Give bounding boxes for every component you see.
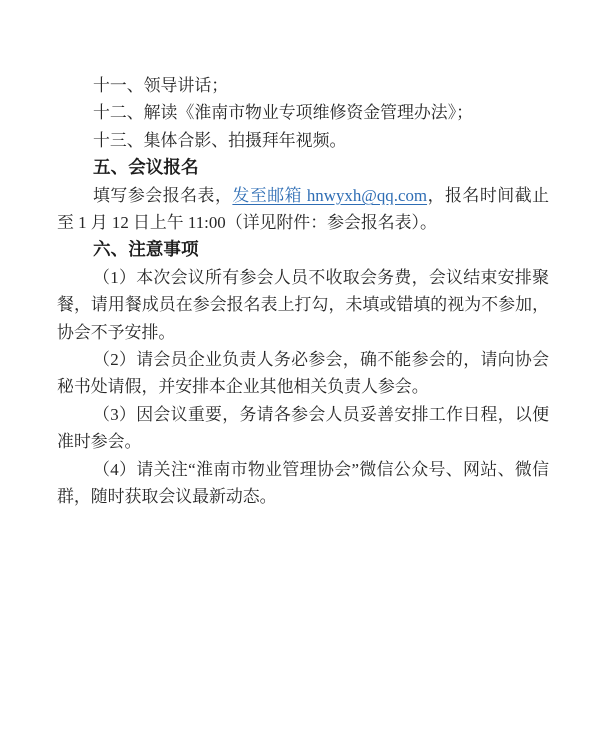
note-item: （2）请会员企业负责人务必参会，确不能参会的，请向协会秘书处请假，并安排本企业其… [57, 346, 549, 401]
agenda-item: 十三、集体合影、拍摄拜年视频。 [57, 127, 549, 154]
document-content: 十一、领导讲话； 十二、解读《淮南市物业专项维修资金管理办法》； 十三、集体合影… [57, 72, 549, 511]
note-item: （3）因会议重要，务请各参会人员妥善安排工作日程，以便准时参会。 [57, 401, 549, 456]
section-heading-notes: 六、注意事项 [57, 236, 549, 263]
section-heading-registration: 五、会议报名 [57, 154, 549, 181]
registration-paragraph: 填写参会报名表，发至邮箱 hnwyxh@qq.com，报名时间截止至 1 月 1… [57, 182, 549, 237]
agenda-item: 十二、解读《淮南市物业专项维修资金管理办法》； [57, 99, 549, 126]
registration-text-prefix: 填写参会报名表， [93, 186, 232, 205]
note-item: （1）本次会议所有参会人员不收取会务费，会议结束安排聚餐，请用餐成员在参会报名表… [57, 264, 549, 346]
document-page: 十一、领导讲话； 十二、解读《淮南市物业专项维修资金管理办法》； 十三、集体合影… [0, 0, 609, 739]
note-item: （4）请关注“淮南市物业管理协会”微信公众号、网站、微信群，随时获取会议最新动态… [57, 456, 549, 511]
agenda-item: 十一、领导讲话； [57, 72, 549, 99]
email-link[interactable]: 发至邮箱 hnwyxh@qq.com [232, 186, 427, 205]
